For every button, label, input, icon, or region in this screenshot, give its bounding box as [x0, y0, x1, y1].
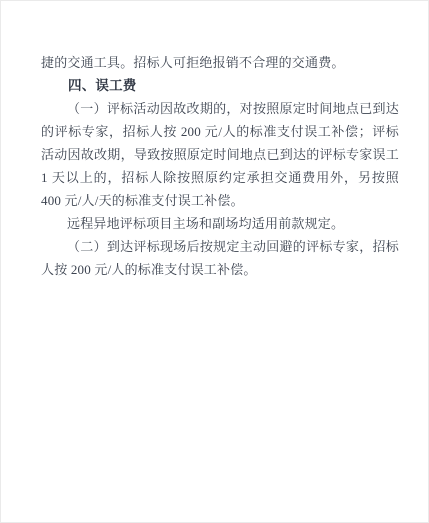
section-heading-lost-work-fee: 四、误工费 [41, 74, 399, 97]
paragraph-remote-evaluation-rule: 远程异地评标项目主场和副场均适用前款规定。 [41, 212, 399, 235]
document-text-block: 捷的交通工具。招标人可拒绝报销不合理的交通费。 四、误工费 （一）评标活动因故改… [41, 51, 399, 281]
paragraph-item-2-recusal-compensation: （二）到达评标现场后按规定主动回避的评标专家，招标人按 200 元/人的标准支付… [41, 235, 399, 281]
document-page: 捷的交通工具。招标人可拒绝报销不合理的交通费。 四、误工费 （一）评标活动因故改… [0, 0, 429, 523]
paragraph-continuation: 捷的交通工具。招标人可拒绝报销不合理的交通费。 [41, 51, 399, 74]
paragraph-item-1-reschedule-compensation: （一）评标活动因故改期的，对按照原定时间地点已到达的评标专家，招标人按 200 … [41, 97, 399, 212]
